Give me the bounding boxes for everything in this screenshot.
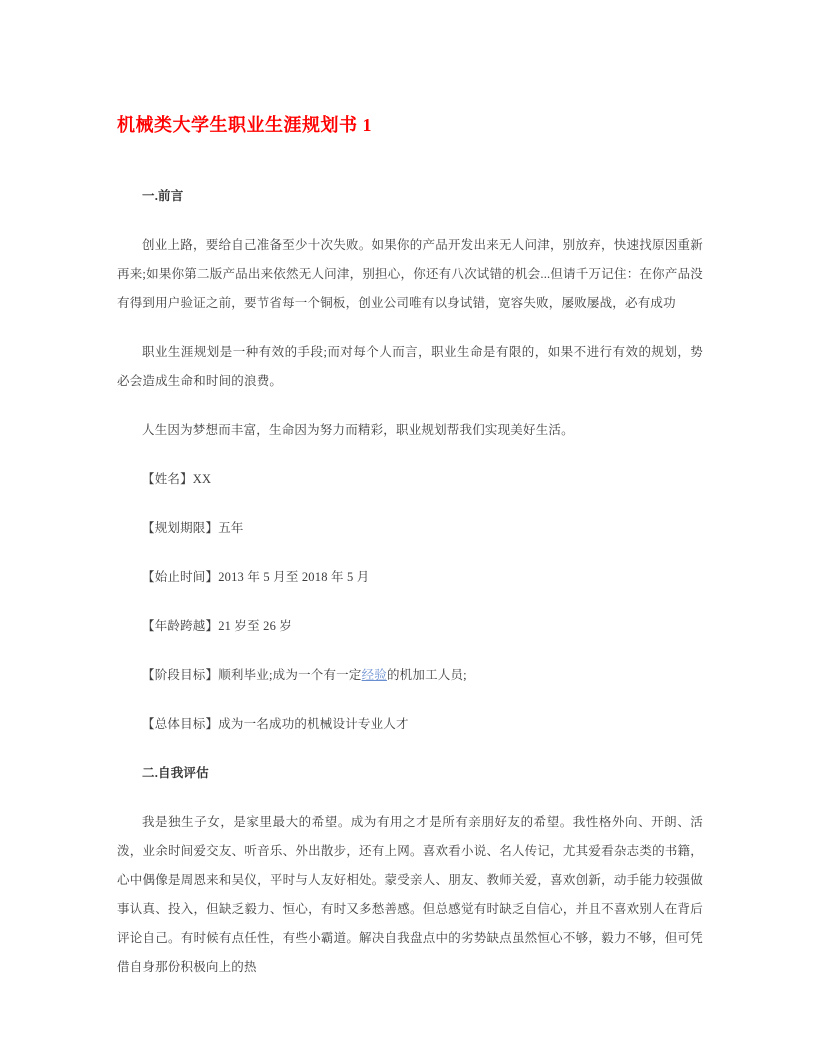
field-time-span: 【始止时间】2013 年 5 月至 2018 年 5 月 — [117, 563, 703, 592]
field-stage-goal: 【阶段目标】顺利毕业;成为一个有一定经验的机加工人员; — [117, 661, 703, 690]
section-heading-foreword: 一.前言 — [117, 182, 703, 211]
field-overall-goal: 【总体目标】成为一名成功的机械设计专业人才 — [117, 710, 703, 739]
document-title: 机械类大学生职业生涯规划书 1 — [117, 110, 703, 140]
foreword-paragraph-3: 人生因为梦想而丰富，生命因为努力而精彩，职业规划帮我们实现美好生活。 — [117, 416, 703, 445]
document-page: 机械类大学生职业生涯规划书 1 一.前言 创业上路，要给自己准备至少十次失败。如… — [0, 0, 816, 1056]
stage-goal-text-before: 【阶段目标】顺利毕业;成为一个有一定 — [142, 668, 362, 682]
section-heading-self-assessment: 二.自我评估 — [117, 759, 703, 788]
foreword-paragraph-1: 创业上路，要给自己准备至少十次失败。如果你的产品开发出来无人问津，别放弃，快速找… — [117, 231, 703, 318]
field-age-span: 【年龄跨越】21 岁至 26 岁 — [117, 612, 703, 641]
field-name: 【姓名】XX — [117, 465, 703, 494]
stage-goal-text-after: 的机加工人员; — [387, 668, 467, 682]
self-assessment-paragraph: 我是独生子女，是家里最大的希望。成为有用之才是所有亲朋好友的希望。我性格外向、开… — [117, 808, 703, 982]
experience-link[interactable]: 经验 — [362, 668, 387, 682]
field-plan-period: 【规划期限】五年 — [117, 514, 703, 543]
foreword-paragraph-2: 职业生涯规划是一种有效的手段;而对每个人而言，职业生命是有限的，如果不进行有效的… — [117, 338, 703, 396]
